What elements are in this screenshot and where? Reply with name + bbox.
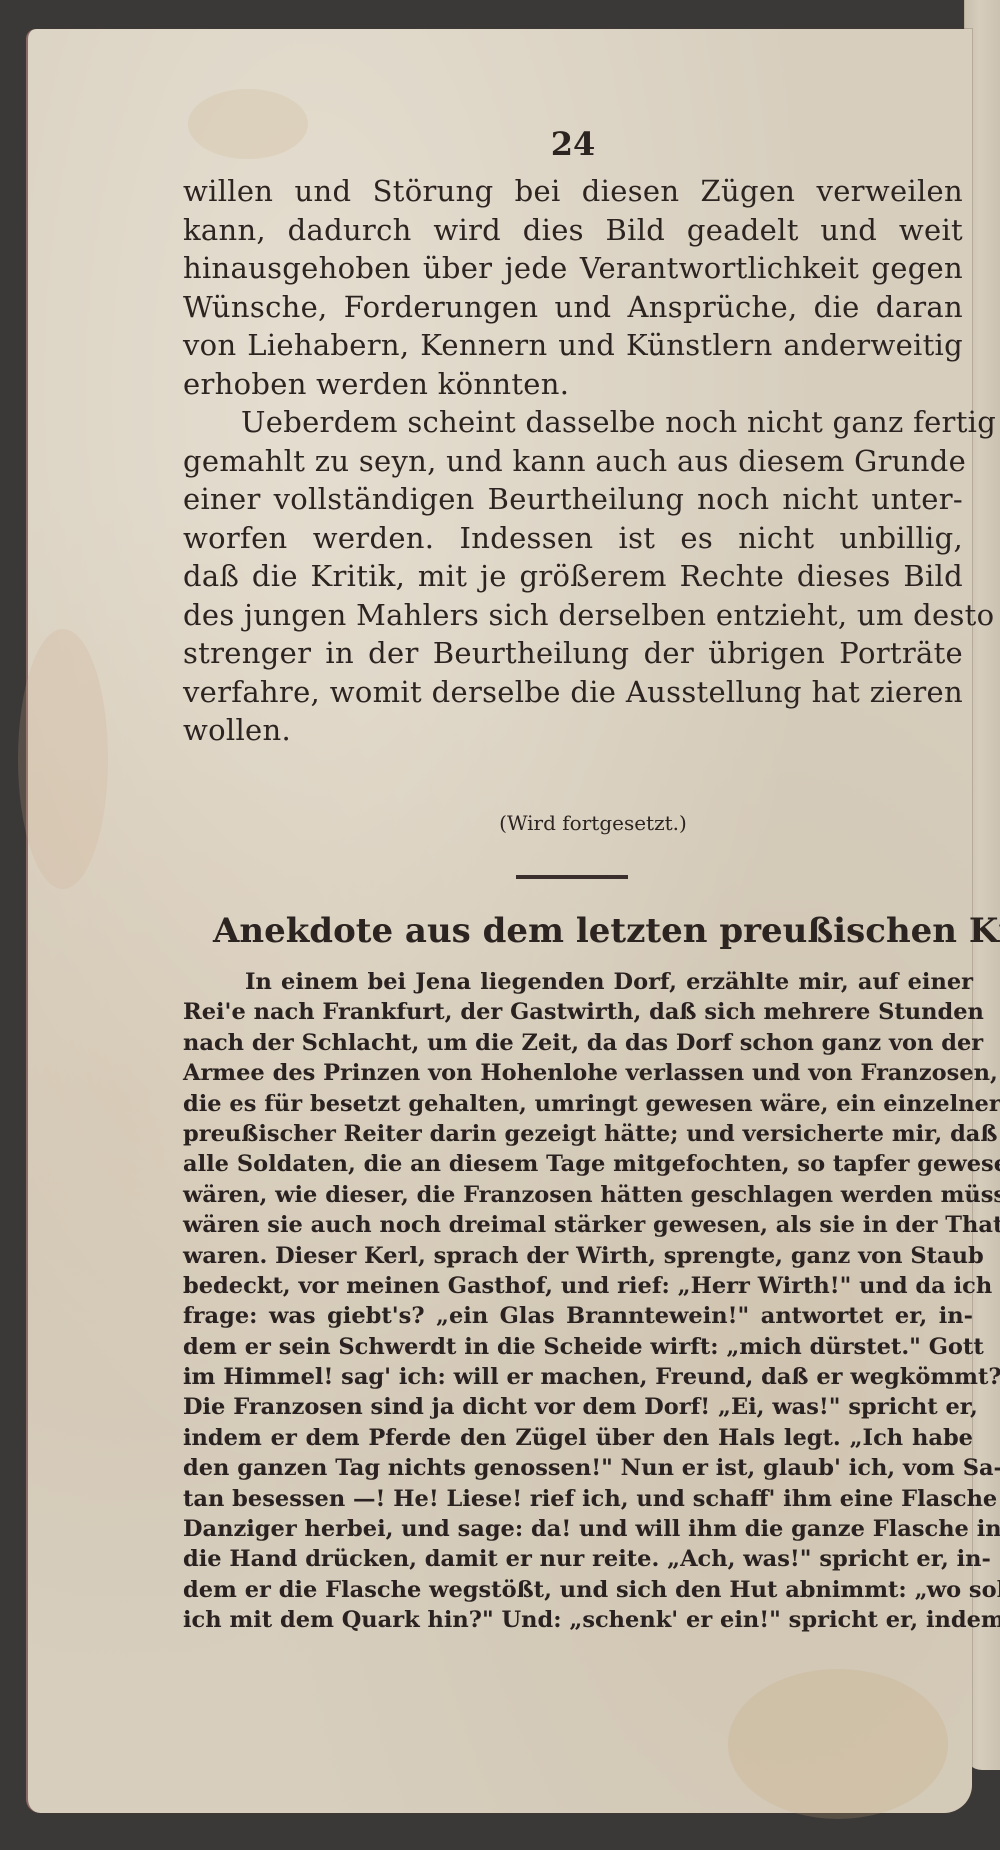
text-line: Ueberdem scheint dasselbe noch nicht gan… [183, 403, 963, 442]
text-line: Wünsche, Forderungen und Ansprüche, die … [183, 288, 963, 327]
text-line: den ganzen Tag nichts genossen!" Nun er … [183, 1453, 973, 1483]
text-line: indem er dem Pferde den Zügel über den H… [183, 1423, 973, 1453]
text-line: dem er sein Schwerdt in die Scheide wirf… [183, 1332, 973, 1362]
anecdote-headline: Anekdote aus dem letzten preußischen Kri… [213, 911, 963, 951]
text-line: einer vollständigen Beurtheilung noch ni… [183, 480, 963, 519]
text-line: ich mit dem Quark hin?" Und: „schenk' er… [183, 1605, 973, 1635]
text-line: strenger in der Beurtheilung der übrigen… [183, 634, 963, 673]
text-line: Rei'e nach Frankfurt, der Gastwirth, daß… [183, 997, 973, 1027]
text-line: daß die Kritik, mit je größerem Rechte d… [183, 557, 963, 596]
anecdote-body: In einem bei Jena liegenden Dorf, erzähl… [183, 967, 973, 1636]
text-line: von Liehabern, Kennern und Künstlern and… [183, 326, 963, 365]
text-line: hinausgehoben über jede Verantwortlichke… [183, 249, 963, 288]
text-line: willen und Störung bei diesen Zügen verw… [183, 172, 963, 211]
text-line: nach der Schlacht, um die Zeit, da das D… [183, 1028, 973, 1058]
text-line: kann, dadurch wird dies Bild geadelt und… [183, 211, 963, 250]
text-line: Armee des Prinzen von Hohenlohe verlasse… [183, 1058, 973, 1088]
article-continuation: willen und Störung bei diesen Zügen verw… [183, 172, 963, 750]
continued-note: (Wird fortgesetzt.) [183, 811, 963, 835]
paper-stain [18, 629, 108, 889]
text-line: des jungen Mahlers sich derselben entzie… [183, 596, 963, 635]
text-line: wollen. [183, 711, 963, 750]
text-line: In einem bei Jena liegenden Dorf, erzähl… [183, 967, 973, 997]
section-divider [516, 875, 628, 879]
text-line: die es für besetzt gehalten, umringt gew… [183, 1089, 973, 1119]
text-line: alle Soldaten, die an diesem Tage mitgef… [183, 1149, 973, 1179]
text-line: frage: was giebt's? „ein Glas Branntewei… [183, 1301, 973, 1331]
document-page: 24 willen und Störung bei diesen Zügen v… [26, 29, 972, 1813]
text-line: worfen werden. Indessen ist es nicht unb… [183, 519, 963, 558]
text-line: Danziger herbei, und sage: da! und will … [183, 1514, 973, 1544]
text-line: preußischer Reiter darin gezeigt hätte; … [183, 1119, 973, 1149]
text-line: gemahlt zu seyn, und kann auch aus diese… [183, 442, 963, 481]
text-line: wären sie auch noch dreimal stärker gewe… [183, 1210, 973, 1240]
text-line: erhoben werden könnten. [183, 365, 963, 404]
text-line: verfahre, womit derselbe die Ausstellung… [183, 673, 963, 712]
text-line: tan besessen —! He! Liese! rief ich, und… [183, 1484, 973, 1514]
text-line: bedeckt, vor meinen Gasthof, und rief: „… [183, 1271, 973, 1301]
text-line: dem er die Flasche wegstößt, und sich de… [183, 1575, 973, 1605]
paper-stain [728, 1669, 948, 1819]
text-line: wären, wie dieser, die Franzosen hätten … [183, 1180, 973, 1210]
text-line: im Himmel! sag' ich: will er machen, Fre… [183, 1362, 973, 1392]
text-line: waren. Dieser Kerl, sprach der Wirth, sp… [183, 1241, 973, 1271]
text-line: Die Franzosen sind ja dicht vor dem Dorf… [183, 1392, 973, 1422]
page-number: 24 [183, 125, 963, 163]
text-line: die Hand drücken, damit er nur reite. „A… [183, 1544, 973, 1574]
